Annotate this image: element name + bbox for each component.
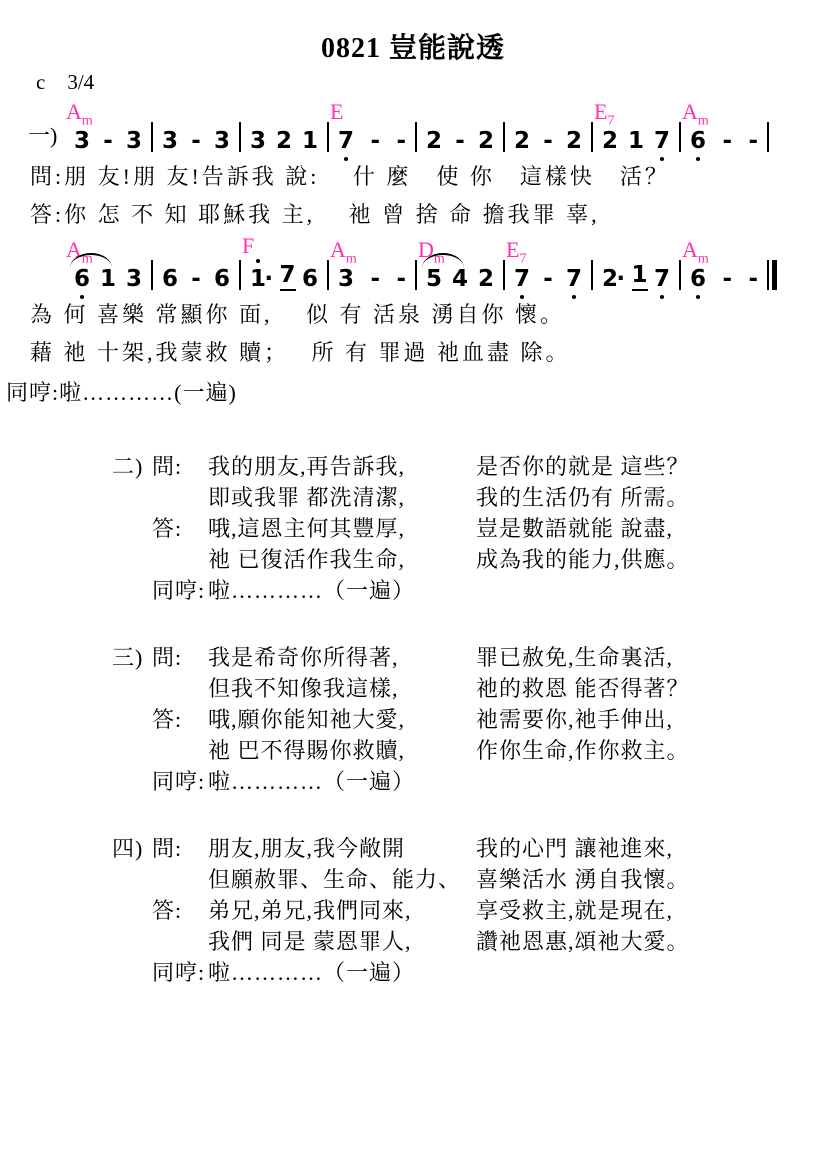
dash: -: [722, 129, 732, 153]
system-prefix: 一): [28, 119, 65, 153]
qa-label: 問:: [152, 451, 208, 482]
stanza-line: 祂 巴不得賜你救贖,作你生命,作你救主。: [0, 735, 826, 766]
qa-label: 同哼:: [152, 957, 208, 988]
stanza-text-left: 祂 巴不得賜你救贖,: [208, 735, 476, 766]
lyric-line: 為 何 喜樂 常顯你 面, 似 有 活泉 湧自你 懷。: [0, 298, 826, 329]
qa-label: 問:: [152, 833, 208, 864]
qa-label: [152, 544, 208, 575]
stanza-number: 三): [112, 642, 152, 673]
stanza-text-right: 祂需要你,祂手伸出,: [476, 704, 826, 735]
stanza-text-right: 喜樂活水 湧自我懷。: [476, 864, 826, 895]
chord-label: E7: [594, 99, 614, 129]
hymn-sheet-page: 0821 豈能說透 c3/4 一)Am3-33-3321E7--2-22-2E7…: [0, 0, 826, 1169]
stanza-line: 同哼: 啦…………（一遍）: [0, 766, 826, 797]
stanza-line: 同哼: 啦…………（一遍）: [0, 957, 826, 988]
note: 3: [338, 267, 354, 291]
augmentation-dot: ·: [264, 267, 273, 291]
stanza-number: [112, 673, 152, 704]
note: 1: [632, 263, 648, 291]
measure: 6-6: [153, 237, 239, 291]
qa-label: [152, 673, 208, 704]
note: 1: [100, 267, 116, 291]
dash: -: [543, 267, 553, 291]
stanza-text-right: 豈是數語就能 說盡,: [476, 513, 826, 544]
dash: -: [748, 129, 758, 153]
stanza-text-left: 啦…………（一遍）: [208, 957, 476, 988]
stanza-text-right: [476, 575, 826, 606]
note: 6: [74, 267, 90, 291]
lyric-line: 答:你 怎 不 知 耶穌我 主, 祂 曾 捨 命 擔我罪 辜,: [0, 198, 826, 229]
dash: -: [191, 129, 201, 153]
qa-label: 問:: [152, 642, 208, 673]
note: 3: [214, 129, 230, 153]
stanza-text-right: 作你生命,作你救主。: [476, 735, 826, 766]
stanza-text-right: 祂的救恩 能否得著？: [476, 673, 826, 704]
note: 2: [478, 267, 494, 291]
measure: Am6--: [681, 99, 767, 153]
measure: Am6--: [681, 237, 767, 291]
dash: -: [543, 129, 553, 153]
dash: -: [396, 129, 406, 153]
stanza-text-right: 我的心門 讓祂進來,: [476, 833, 826, 864]
note: 5: [426, 267, 442, 291]
stanza-text-left: 哦,願你能知祂大愛,: [208, 704, 476, 735]
stanza-text-right: 成為我的能力,供應。: [476, 544, 826, 575]
measure: Am613: [65, 237, 151, 291]
stanza-number: [112, 513, 152, 544]
music-system: 一)Am3-33-3321E7--2-22-2E7217Am6--問:朋 友!朋…: [0, 99, 826, 229]
stanza-text-left: 但願赦罪、生命、能力、: [208, 864, 476, 895]
music-notation: 一)Am3-33-3321E7--2-22-2E7217Am6--問:朋 友!朋…: [0, 99, 826, 367]
stanza-text-left: 啦…………（一遍）: [208, 575, 476, 606]
chord-label: Am: [682, 99, 709, 129]
page-title: 0821 豈能說透: [0, 0, 826, 66]
stanza-text-left: 弟兄,弟兄,我們同來,: [208, 895, 476, 926]
stanza-text-left: 哦,這恩主何其豐厚,: [208, 513, 476, 544]
stanza-text-left: 啦…………（一遍）: [208, 766, 476, 797]
note: 1: [302, 129, 318, 153]
stanza-text-left: 我的朋友,再告訴我,: [208, 451, 476, 482]
time-signature: 3/4: [67, 70, 94, 94]
dash: -: [722, 267, 732, 291]
note: 2: [276, 129, 292, 153]
qa-label: [152, 864, 208, 895]
chord-label: Am: [330, 237, 357, 267]
measure: 3-3: [153, 99, 239, 153]
note: 2: [478, 129, 494, 153]
note: 7: [338, 129, 354, 153]
note: 3: [126, 267, 142, 291]
final-bar-thick: [772, 260, 777, 290]
key-label: c: [36, 70, 45, 94]
stanza-number: [112, 704, 152, 735]
stanza-text-left: 朋友,朋友,我今敞開: [208, 833, 476, 864]
measure: 2·17: [593, 233, 679, 291]
chord-label: F: [242, 233, 254, 259]
note: 6: [690, 129, 706, 153]
measure: 321: [241, 99, 327, 153]
stanza-line: 答: 弟兄,弟兄,我們同來,享受救主,就是現在,: [0, 895, 826, 926]
stanza-text-left: 即或我罪 都洗清潔,: [208, 482, 476, 513]
qa-label: 同哼:: [152, 575, 208, 606]
stanza-text-right: 讚祂恩惠,頌祂大愛。: [476, 926, 826, 957]
qa-label: [152, 926, 208, 957]
measure: E7217: [593, 99, 679, 153]
stanza: 二)問: 我的朋友,再告訴我,是否你的就是 這些？即或我罪 都洗清潔,我的生活仍…: [0, 451, 826, 606]
bar-line: [767, 122, 769, 152]
stanza-line: 四)問: 朋友,朋友,我今敞開我的心門 讓祂進來,: [0, 833, 826, 864]
stanza: 四)問: 朋友,朋友,我今敞開我的心門 讓祂進來,但願赦罪、生命、能力、喜樂活水…: [0, 833, 826, 988]
dash: -: [370, 129, 380, 153]
qa-label: [152, 735, 208, 766]
stanza-line: 但我不知像我這樣,祂的救恩 能否得著？: [0, 673, 826, 704]
note: 7: [654, 267, 670, 291]
stanza-text-left: 祂 已復活作我生命,: [208, 544, 476, 575]
final-bar-line: [767, 260, 777, 290]
augmentation-dot: ·: [616, 267, 625, 291]
stanza-line: 答: 哦,這恩主何其豐厚,豈是數語就能 說盡,: [0, 513, 826, 544]
dash: -: [370, 267, 380, 291]
stanza-number: [112, 735, 152, 766]
stanza-number: [112, 575, 152, 606]
note: 7: [566, 267, 582, 291]
stanza-number: [112, 482, 152, 513]
dash: -: [396, 267, 406, 291]
note: 7: [280, 263, 296, 291]
note: 2: [426, 129, 442, 153]
stanza: 三)問: 我是希奇你所得著,罪已赦免,生命裏活,但我不知像我這樣,祂的救恩 能否…: [0, 642, 826, 797]
note: 3: [74, 129, 90, 153]
final-bar-thin: [767, 260, 769, 290]
chord-label: E: [330, 99, 343, 125]
note: 2: [514, 129, 530, 153]
dash: -: [191, 267, 201, 291]
stanza-number: [112, 544, 152, 575]
stanza-number: [112, 926, 152, 957]
key-signature-line: c3/4: [0, 70, 826, 95]
stanza-text-right: [476, 957, 826, 988]
system-prefix: [28, 288, 65, 291]
stanza-text-right: 我的生活仍有 所需。: [476, 482, 826, 513]
note: 3: [126, 129, 142, 153]
note: 3: [250, 129, 266, 153]
note-row: 一)Am3-33-3321E7--2-22-2E7217Am6--: [0, 99, 826, 153]
stanza-text-left: 我是希奇你所得著,: [208, 642, 476, 673]
stanza-number: [112, 766, 152, 797]
stanza-number: [112, 864, 152, 895]
stanza-number: 四): [112, 833, 152, 864]
note: 6: [214, 267, 230, 291]
chord-label: E7: [506, 237, 526, 267]
stanza-number: [112, 957, 152, 988]
dash: -: [455, 129, 465, 153]
qa-label: 答:: [152, 895, 208, 926]
stanza-line: 但願赦罪、生命、能力、喜樂活水 湧自我懷。: [0, 864, 826, 895]
stanza-line: 即或我罪 都洗清潔,我的生活仍有 所需。: [0, 482, 826, 513]
stanza-line: 三)問: 我是希奇你所得著,罪已赦免,生命裏活,: [0, 642, 826, 673]
measure: Am3-3: [65, 99, 151, 153]
measure: 2-2: [505, 99, 591, 153]
stanza-number: [112, 895, 152, 926]
measure: E7--: [329, 99, 415, 153]
note: 3: [162, 129, 178, 153]
stanza-text-right: 享受救主,就是現在,: [476, 895, 826, 926]
qa-label: [152, 482, 208, 513]
stanza-text-right: [476, 766, 826, 797]
stanza-text-left: 但我不知像我這樣,: [208, 673, 476, 704]
stanza-section: 二)問: 我的朋友,再告訴我,是否你的就是 這些？即或我罪 都洗清潔,我的生活仍…: [0, 451, 826, 988]
qa-label: 同哼:: [152, 766, 208, 797]
measure: Dm542: [417, 237, 503, 291]
note: 6: [302, 267, 318, 291]
chord-label: Am: [66, 99, 93, 129]
measure: F1·76: [241, 233, 327, 291]
stanza-line: 二)問: 我的朋友,再告訴我,是否你的就是 這些？: [0, 451, 826, 482]
stanza-line: 同哼: 啦…………（一遍）: [0, 575, 826, 606]
note-row: Am6136-6F1·76Am3--Dm542E77-72·17Am6--: [0, 233, 826, 291]
stanza-text-left: 我們 同是 蒙恩罪人,: [208, 926, 476, 957]
note: 6: [162, 267, 178, 291]
stanza-line: 答: 哦,願你能知祂大愛,祂需要你,祂手伸出,: [0, 704, 826, 735]
music-system: Am6136-6F1·76Am3--Dm542E77-72·17Am6--為 何…: [0, 233, 826, 367]
chord-label: Am: [682, 237, 709, 267]
qa-label: 答:: [152, 704, 208, 735]
measure: 2-2: [417, 99, 503, 153]
note: 2: [602, 129, 618, 153]
stanza-line: 祂 已復活作我生命,成為我的能力,供應。: [0, 544, 826, 575]
stanza-text-right: 罪已赦免,生命裏活,: [476, 642, 826, 673]
measure: Am3--: [329, 237, 415, 291]
lyric-line: 問:朋 友!朋 友!告訴我 說: 什 麼 使 你 這樣快 活？: [0, 160, 826, 191]
stanza-line: 我們 同是 蒙恩罪人,讚祂恩惠,頌祂大愛。: [0, 926, 826, 957]
dash: -: [103, 129, 113, 153]
qa-label: 答:: [152, 513, 208, 544]
dash: -: [748, 267, 758, 291]
note: 1: [628, 129, 644, 153]
measure: E77-7: [505, 237, 591, 291]
hum-line: 同哼:啦…………(一遍): [0, 376, 826, 407]
note: 4: [452, 267, 468, 291]
stanza-text-right: 是否你的就是 這些？: [476, 451, 826, 482]
note: 6: [690, 267, 706, 291]
note: 7: [654, 129, 670, 153]
note: 7: [514, 267, 530, 291]
lyric-line: 藉 祂 十架,我蒙救 贖； 所 有 罪過 祂血盡 除。: [0, 336, 826, 367]
stanza-number: 二): [112, 451, 152, 482]
note: 2: [566, 129, 582, 153]
